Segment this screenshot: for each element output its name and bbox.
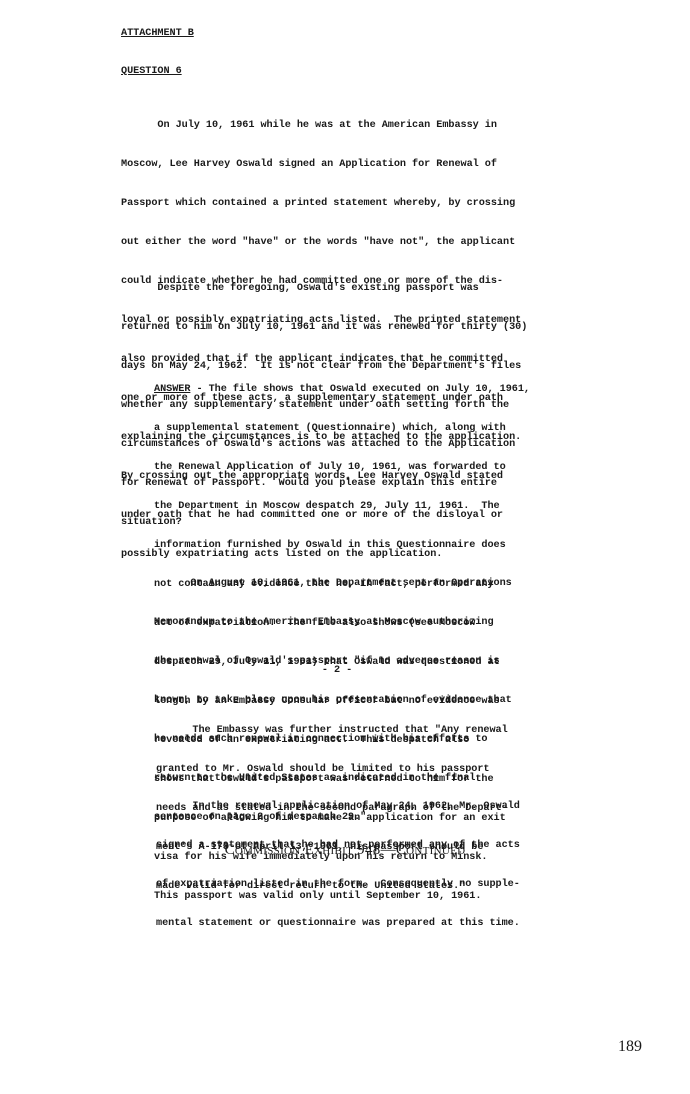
question-heading: QUESTION 6 bbox=[121, 65, 182, 78]
answer-first-line: ANSWER - The file shows that Oswald exec… bbox=[154, 383, 530, 396]
document-page: ATTACHMENT B QUESTION 6 On July 10, 1961… bbox=[0, 0, 690, 1094]
text-line: The Embassy was further instructed that … bbox=[156, 724, 508, 737]
text-line: the Renewal Application of July 10, 1961… bbox=[154, 461, 530, 474]
text-line: of expatriation listed in the form. Cons… bbox=[156, 878, 520, 891]
text-line: In the renewal application of May 24, 19… bbox=[156, 800, 520, 813]
exhibit-caption: Commission Exhibit 948—Continued bbox=[0, 842, 690, 859]
page-marker: - 2 - bbox=[0, 664, 682, 677]
text-line: a supplemental statement (Questionnaire)… bbox=[154, 422, 530, 435]
text-line: - The file shows that Oswald executed on… bbox=[190, 384, 530, 395]
page2-paragraph-2: In the renewal application of May 24, 19… bbox=[156, 774, 520, 956]
answer-label: ANSWER bbox=[154, 384, 190, 395]
text-line: Memorandum to the American Embassy at Mo… bbox=[154, 616, 512, 629]
page-number: 189 bbox=[618, 1038, 642, 1056]
text-line: returned to him on July 10, 1961 and it … bbox=[121, 321, 527, 334]
text-line: Passport which contained a printed state… bbox=[121, 197, 521, 210]
text-line: On August 18, 1961, the Department sent … bbox=[154, 577, 512, 590]
text-line: On July 10, 1961 while he was at the Ame… bbox=[121, 119, 521, 132]
text-line: Moscow, Lee Harvey Oswald signed an Appl… bbox=[121, 158, 521, 171]
text-line: out either the word "have" or the words … bbox=[121, 236, 521, 249]
text-line: mental statement or questionnaire was pr… bbox=[156, 917, 520, 930]
text-line: Despite the foregoing, Oswald's existing… bbox=[121, 282, 527, 295]
text-line: the Department in Moscow despatch 29, Ju… bbox=[154, 500, 530, 513]
attachment-heading: ATTACHMENT B bbox=[121, 27, 194, 40]
